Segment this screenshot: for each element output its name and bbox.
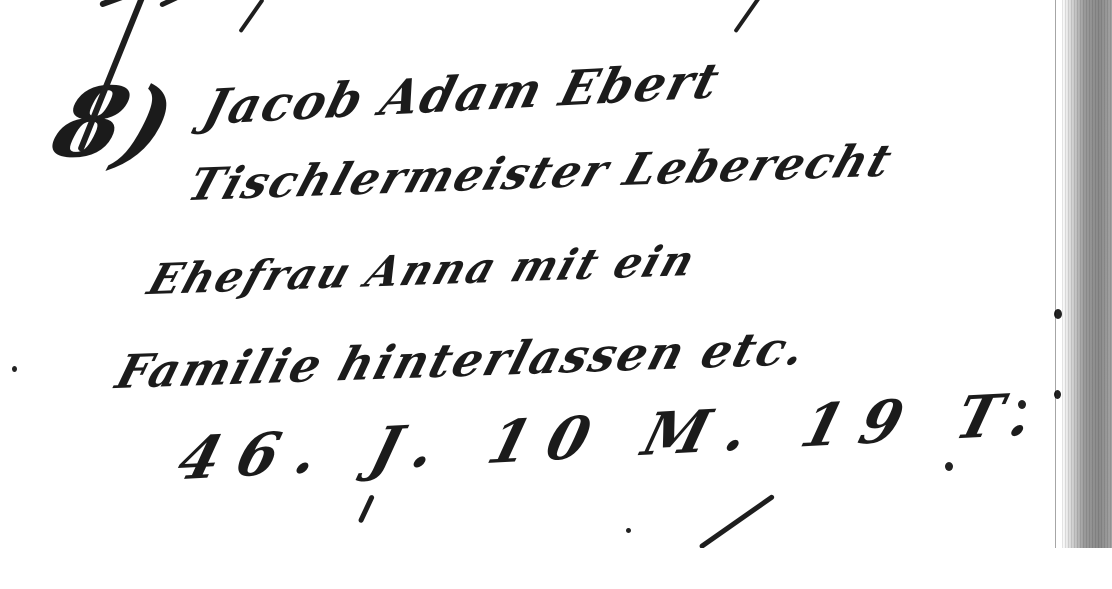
- entry-number: 8): [40, 66, 189, 179]
- previous-entry-stroke: [159, 0, 181, 8]
- blank-margin: [0, 548, 1112, 589]
- handwritten-line-4: Familie hinterlassen etc.: [110, 321, 813, 400]
- ink-speck: [626, 528, 631, 533]
- handwritten-line-3: Ehefrau Anna mit ein: [142, 236, 703, 305]
- descender-stroke: [358, 494, 375, 523]
- descender-stroke: [699, 494, 776, 548]
- previous-entry-stroke: [238, 0, 264, 33]
- page-fold-line: [1055, 0, 1056, 548]
- ink-speck: [945, 462, 953, 471]
- scanned-page: 8) Jacob Adam Ebert Tischlermeister Lebe…: [0, 0, 1112, 548]
- age-at-death: 46. J. 10 M. 19 T.: [171, 379, 1059, 494]
- book-binding-edge: [1062, 0, 1112, 548]
- handwritten-line-2: Tischlermeister Leberecht: [182, 135, 900, 211]
- previous-entry-stroke: [99, 0, 129, 8]
- handwritten-line-1: Jacob Adam Ebert: [197, 53, 726, 137]
- ink-speck: [12, 366, 17, 372]
- ink-speck: [1018, 400, 1026, 409]
- previous-entry-stroke: [733, 0, 762, 33]
